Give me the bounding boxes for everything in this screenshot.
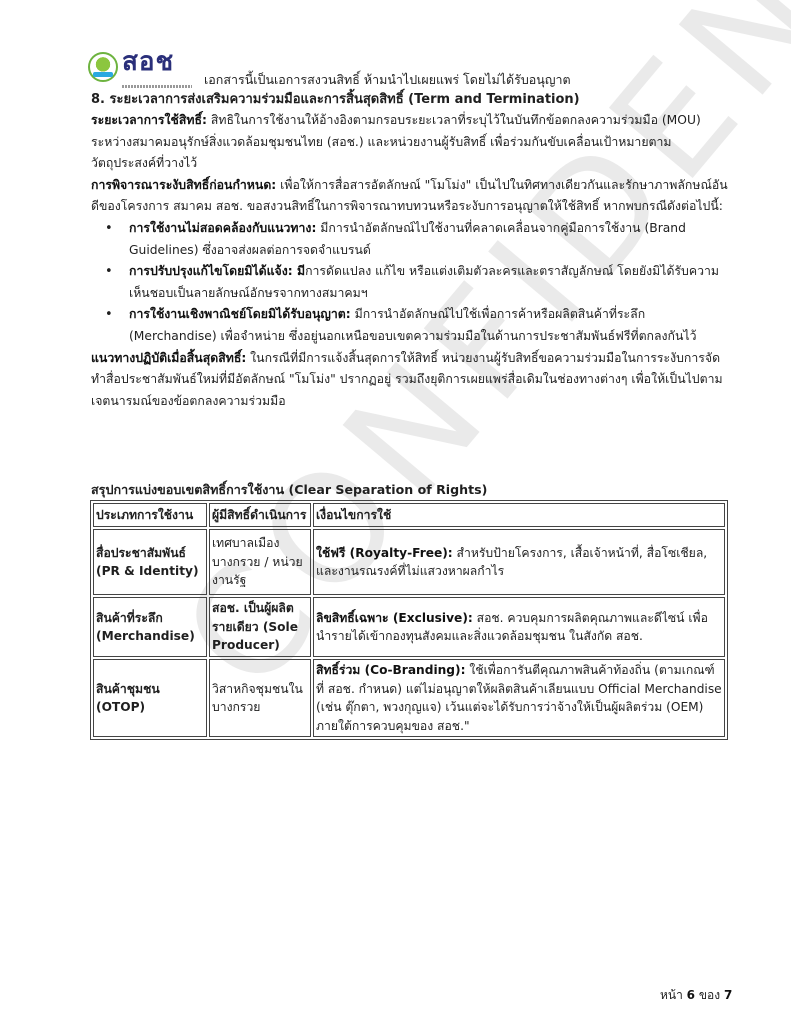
page-number: หน้า 6 ของ 7 [660,986,732,1005]
suspension-paragraph: การพิจารณาระงับสิทธิ์ก่อนกำหนด: เพื่อให้… [91,175,731,218]
page-header: สอช เอกสารนี้เป็นเอการสงวนสิทธิ์ ห้ามนำไ… [88,44,571,90]
condition-cell: สิทธิ์ร่วม (Co-Branding): ใช้เพื่อการันต… [313,659,725,737]
rights-holder-cell: วิสาหกิจชุมชนในบางกรวย [209,659,311,737]
termination-label: แนวทางปฏิบัติเมื่อสิ้นสุดสิทธิ์: [91,351,246,365]
page-label: หน้า [660,988,687,1002]
table-row: สื่อประชาสัมพันธ์ (PR & Identity) เทศบาล… [93,529,725,595]
tree-emblem-icon [88,52,118,82]
logo-subtitle [122,85,192,88]
list-item: การใช้งานเชิงพาณิชย์โดยมิได้รับอนุญาต: ม… [129,304,731,347]
termination-paragraph: แนวทางปฏิบัติเมื่อสิ้นสุดสิทธิ์: ในกรณีท… [91,348,731,413]
bullet-label: การปรับปรุงแก้ไขโดยมิได้แจ้ง: มี [129,264,305,278]
organization-logo: สอช [88,44,196,90]
usage-type-cell: สื่อประชาสัมพันธ์ (PR & Identity) [93,529,207,595]
document-page: CONFIDENTIAL สอช เอกสารนี้เป็นเอการสงวนส… [0,0,791,1024]
bullet-label: การใช้งานไม่สอดคล้องกับแนวทาง: [129,221,316,235]
current-page: 6 [687,988,695,1002]
list-item: การใช้งานไม่สอดคล้องกับแนวทาง: มีการนำอั… [129,218,731,261]
condition-label: สิทธิ์ร่วม (Co-Branding): [316,663,465,677]
table-row: สินค้าที่ระลึก (Merchandise) สอช. เป็นผู… [93,597,725,657]
rights-holder-cell: เทศบาลเมืองบางกรวย / หน่วยงานรัฐ [209,529,311,595]
section-title: 8. ระยะเวลาการส่งเสริมความร่วมมือและการส… [91,90,731,110]
usage-type-cell: สินค้าที่ระลึก (Merchandise) [93,597,207,657]
section-content: 8. ระยะเวลาการส่งเสริมความร่วมมือและการส… [91,90,731,412]
condition-label: ลิขสิทธิ์เฉพาะ (Exclusive): [316,611,473,625]
condition-label: ใช้ฟรี (Royalty-Free): [316,546,453,560]
column-header: เงื่อนไขการใช้ [313,503,725,527]
bullet-label: การใช้งานเชิงพาณิชย์โดยมิได้รับอนุญาต: [129,307,351,321]
table-row: สินค้าชุมชน (OTOP) วิสาหกิจชุมชนในบางกรว… [93,659,725,737]
term-paragraph: ระยะเวลาการใช้สิทธิ์: สิทธิในการใช้งานให… [91,110,731,175]
total-pages: 7 [724,988,732,1002]
condition-cell: ลิขสิทธิ์เฉพาะ (Exclusive): สอช. ควบคุมก… [313,597,725,657]
column-header: ผู้มีสิทธิ์ดำเนินการ [209,503,311,527]
rights-table: ประเภทการใช้งาน ผู้มีสิทธิ์ดำเนินการ เงื… [90,500,728,740]
logo-text: สอช [122,47,174,77]
rights-holder-cell: สอช. เป็นผู้ผลิตรายเดียว (Sole Producer) [209,597,311,657]
term-label: ระยะเวลาการใช้สิทธิ์: [91,113,207,127]
usage-type-cell: สินค้าชุมชน (OTOP) [93,659,207,737]
table-title: สรุปการแบ่งขอบเขตสิทธิ์การใช้งาน (Clear … [91,480,487,500]
confidentiality-notice: เอกสารนี้เป็นเอการสงวนสิทธิ์ ห้ามนำไปเผย… [204,72,571,90]
column-header: ประเภทการใช้งาน [93,503,207,527]
condition-cell: ใช้ฟรี (Royalty-Free): สำหรับป้ายโครงการ… [313,529,725,595]
table-header-row: ประเภทการใช้งาน ผู้มีสิทธิ์ดำเนินการ เงื… [93,503,725,527]
suspension-conditions-list: การใช้งานไม่สอดคล้องกับแนวทาง: มีการนำอั… [91,218,731,348]
page-of-label: ของ [695,988,724,1002]
list-item: การปรับปรุงแก้ไขโดยมิได้แจ้ง: มีการดัดแป… [129,261,731,304]
suspension-label: การพิจารณาระงับสิทธิ์ก่อนกำหนด: [91,178,276,192]
